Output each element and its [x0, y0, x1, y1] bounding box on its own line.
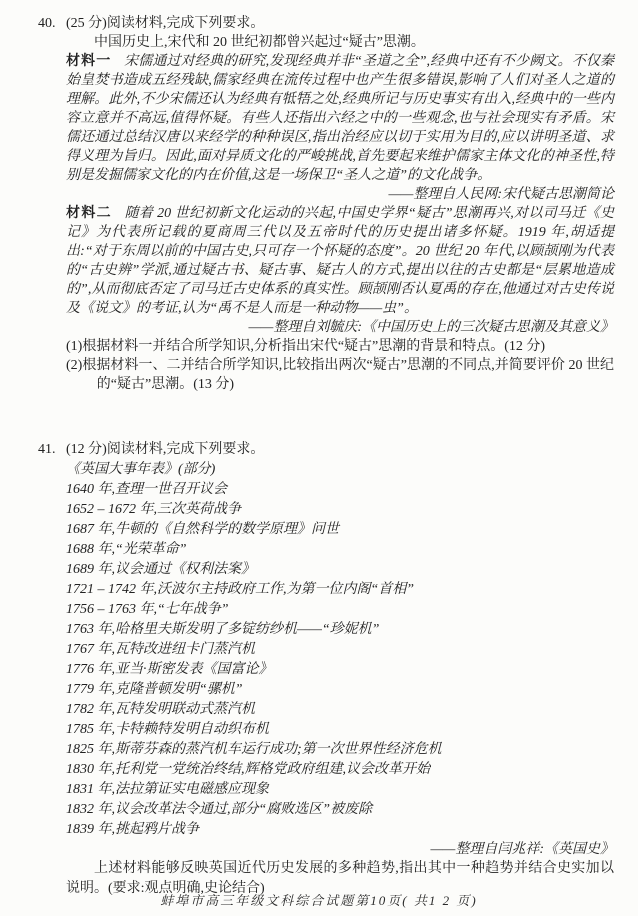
timeline-event: 1688 年,“光荣革命” — [66, 540, 614, 560]
page-footer: 蚌埠市高三年级文科综合试题第10页( 共1 2 页) — [0, 890, 638, 909]
timeline-event: 1763 年,哈格里夫斯发明了多锭纺纱机——“珍妮机” — [66, 620, 614, 640]
material-2-text: 随着 20 世纪初新文化运动的兴起,中国史学界“疑古”思潮再兴,对以司马迁《史记… — [66, 206, 614, 316]
question-40-number: 40. — [38, 14, 56, 33]
timeline-event: 1830 年,托利党一党统治终结,辉格党政府组建,议会改革开始 — [66, 760, 614, 780]
timeline-event: 1825 年,斯蒂芬森的蒸汽机车运行成功;第一次世界性经济危机 — [66, 740, 614, 760]
timeline-event: 1832 年,议会改革法令通过,部分“腐败选区”被废除 — [66, 800, 614, 820]
material-2-label: 材料二 — [66, 206, 112, 221]
material-1-label: 材料一 — [66, 54, 111, 69]
timeline-event: 1839 年,挑起鸦片战争 — [66, 820, 614, 840]
subquestion-2: (2)根据材料一、二并结合所学知识,比较指出两次“疑古”思潮的不同点,并简要评价… — [66, 356, 614, 394]
timeline-source: ——整理自闫兆祥:《英国史》 — [66, 840, 614, 859]
exam-paper-page: 40. (25 分)阅读材料,完成下列要求。 中国历史上,宋代和 20 世纪初都… — [0, 0, 638, 916]
material-2-paragraph: 材料二随着 20 世纪初新文化运动的兴起,中国史学界“疑古”思潮再兴,对以司马迁… — [66, 204, 614, 318]
timeline-event: 1689 年,议会通过《权利法案》 — [66, 560, 614, 580]
timeline-event: 1640 年,查理一世召开议会 — [66, 480, 614, 500]
timeline-event: 1785 年,卡特赖特发明自动织布机 — [66, 720, 614, 740]
timeline-event: 1721 – 1742 年,沃波尔主持政府工作,为第一位内阁“首相” — [66, 580, 614, 600]
material-2-source: ——整理自刘毓庆:《中国历史上的三次疑古思潮及其意义》 — [66, 318, 614, 337]
timeline: 1640 年,查理一世召开议会 1652 – 1672 年,三次英荷战争 168… — [66, 480, 614, 840]
question-40-stem: (25 分)阅读材料,完成下列要求。 — [66, 14, 614, 33]
timeline-event: 1831 年,法拉第证实电磁感应现象 — [66, 780, 614, 800]
material-1-paragraph: 材料一宋儒通过对经典的研究,发现经典并非“圣道之全”,经典中还有不少阙文。不仅秦… — [66, 52, 614, 185]
timeline-event: 1779 年,克隆普顿发明“骡机” — [66, 680, 614, 700]
timeline-event: 1767 年,瓦特改进纽卡门蒸汽机 — [66, 640, 614, 660]
question-40-intro: 中国历史上,宋代和 20 世纪初都曾兴起过“疑古”思潮。 — [66, 33, 614, 52]
material-1-source: ——整理自人民网:宋代疑古思潮简论 — [66, 185, 614, 204]
question-41-number: 41. — [38, 440, 56, 459]
material-1-text: 宋儒通过对经典的研究,发现经典并非“圣道之全”,经典中还有不少阙文。不仅秦始皇焚… — [66, 54, 614, 183]
question-41: 41. (12 分)阅读材料,完成下列要求。 《英国大事年表》(部分) 1640… — [38, 440, 614, 899]
timeline-event: 1687 年,牛顿的《自然科学的数学原理》问世 — [66, 520, 614, 540]
timeline-event: 1756 – 1763 年,“七年战争” — [66, 600, 614, 620]
timeline-event: 1652 – 1672 年,三次英荷战争 — [66, 500, 614, 520]
timeline-title: 《英国大事年表》(部分) — [66, 460, 614, 480]
question-40: 40. (25 分)阅读材料,完成下列要求。 中国历史上,宋代和 20 世纪初都… — [38, 14, 614, 394]
timeline-event: 1782 年,瓦特发明联动式蒸汽机 — [66, 700, 614, 720]
question-41-stem: (12 分)阅读材料,完成下列要求。 — [66, 440, 614, 460]
timeline-event: 1776 年,亚当·斯密发表《国富论》 — [66, 660, 614, 680]
subquestion-1: (1)根据材料一并结合所学知识,分析指出宋代“疑古”思潮的背景和特点。(12 分… — [66, 337, 614, 356]
